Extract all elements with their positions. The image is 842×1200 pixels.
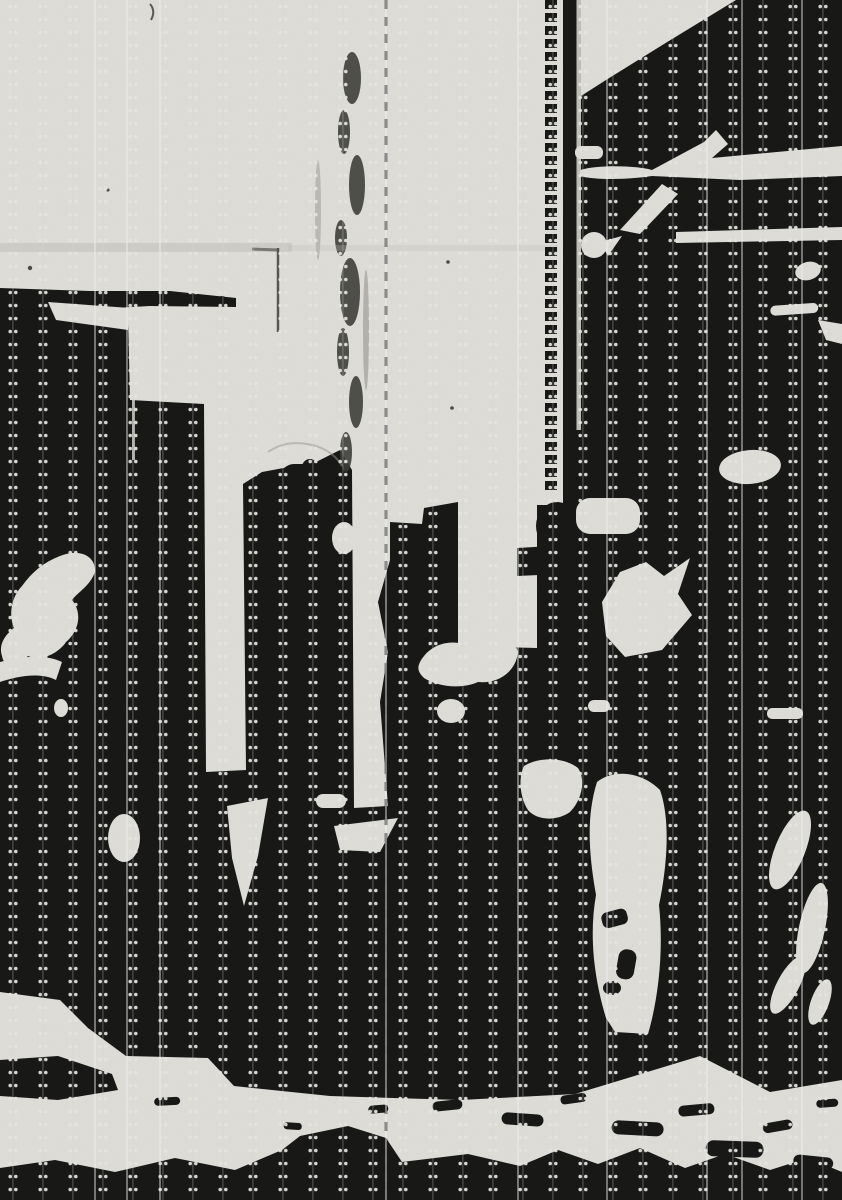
halftone-photograph — [0, 0, 842, 1200]
film-grain-dark — [0, 0, 842, 1200]
halftone-photo-stage — [0, 0, 842, 1200]
